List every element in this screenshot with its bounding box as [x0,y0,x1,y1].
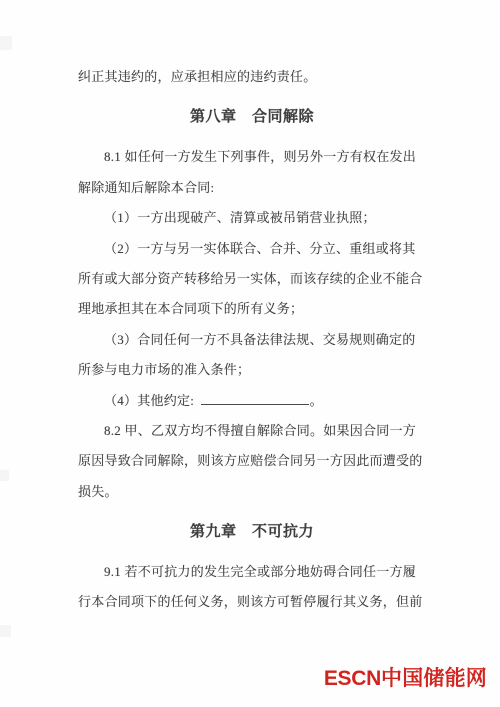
clause-8-2-line-1: 8.2 甲、乙双方均不得擅自解除合同。如果因合同一方 [78,416,426,446]
item-4-label: （4）其他约定: [104,393,198,408]
scan-artifact [0,625,11,637]
clause-9-1-line-2: 行本合同项下的任何义务，则该方可暂停履行其义务，但前 [78,587,426,617]
item-4-period: 。 [310,393,323,408]
escn-logo-text-en: ESCN [324,667,381,690]
clause-8-1-item-2-line-3: 理地承担其在本合同项下的所有义务； [78,294,426,324]
clause-8-1-line-1: 8.1 如任何一方发生下列事件，则另外一方有权在发出 [78,142,426,172]
clause-8-1-item-2-line-1: （2）一方与另一实体联合、合并、分立、重组或将其 [78,234,426,264]
escn-logo-text-cn: 中国储能网 [381,667,487,690]
clause-8-2-line-2: 原因导致合同解除，则该方应赔偿合同另一方因此而遭受的 [78,446,426,476]
clause-8-1-item-3-line-1: （3）合同任何一方不具备法律法规、交易规则确定的 [78,325,426,355]
escn-watermark-logo: ESCN中国储能网 [324,666,487,692]
clause-9-1-line-1: 9.1 若不可抗力的发生完全或部分地妨碍合同任一方履 [78,557,426,587]
clause-8-1-item-3-line-2: 所参与电力市场的准入条件； [78,355,426,385]
chapter-9-heading: 第九章 不可抗力 [78,521,426,543]
clause-8-2-line-3: 损失。 [78,477,426,507]
paragraph-carryover-line: 纠正其违约的，应承担相应的违约责任。 [78,62,426,92]
contract-document-page: 纠正其违约的，应承担相应的违约责任。 第八章 合同解除 8.1 如任何一方发生下… [0,0,500,707]
blank-underline-field [201,392,309,405]
scan-artifact [0,470,9,481]
scan-artifact [0,36,12,50]
clause-8-1-item-4: （4）其他约定: 。 [78,386,426,416]
chapter-8-heading: 第八章 合同解除 [78,106,426,128]
clause-8-1-item-2-line-2: 所有或大部分资产转移给另一实体，而该存续的企业不能合 [78,264,426,294]
clause-8-1-line-2: 解除通知后解除本合同: [78,173,426,203]
clause-8-1-item-1: （1）一方出现破产、清算或被吊销营业执照； [78,203,426,233]
